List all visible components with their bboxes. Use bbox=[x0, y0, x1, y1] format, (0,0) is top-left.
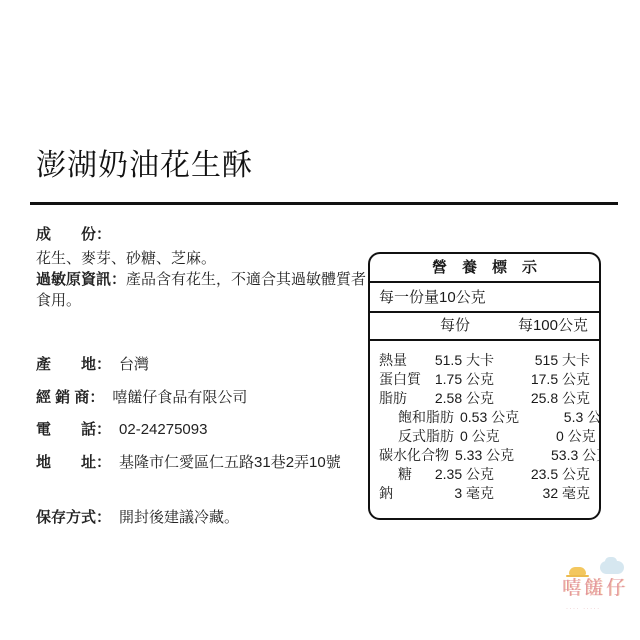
nutrition-row-saturated-fat: 飽和脂肪 0.53 公克 5.3 公克 bbox=[379, 408, 590, 427]
nutrient-per-100g: 0 公克 bbox=[506, 427, 596, 446]
nutrition-row-carbohydrate: 碳水化合物 5.33 公克 53.3 公克 bbox=[379, 446, 590, 465]
nutrient-per-100g: 53.3 公克 bbox=[520, 446, 601, 465]
field-phone: 電 話： 02-24275093 bbox=[36, 418, 396, 439]
nutrition-row-sodium: 鈉 3 毫克 32 毫克 bbox=[379, 484, 590, 503]
brand-logo-text: 嘻饈仔 bbox=[562, 573, 640, 600]
nutrient-name: 熱量 bbox=[379, 351, 407, 370]
nutrient-per-serving: 1.75 公克 bbox=[427, 370, 494, 389]
nutrition-title: 營 養 標 示 bbox=[370, 254, 599, 283]
nutrient-per-serving: 2.35 公克 bbox=[418, 465, 494, 484]
field-storage-label: 保存方式： bbox=[36, 506, 111, 527]
nutrient-per-serving: 0.53 公克 bbox=[460, 408, 519, 427]
nutrition-col2-header: 每100公克 bbox=[498, 313, 590, 339]
nutrition-rows: 熱量 51.5 大卡 515 大卡 蛋白質 1.75 公克 17.5 公克 脂肪… bbox=[370, 341, 599, 503]
nutrition-column-headers: 每份 每100公克 bbox=[370, 313, 599, 341]
nutrient-name: 糖 bbox=[379, 465, 412, 484]
nutrient-name: 碳水化合物 bbox=[379, 446, 449, 465]
field-distributor-value: 嘻饈仔食品有限公司 bbox=[112, 386, 247, 407]
field-address-label: 地 址： bbox=[36, 451, 111, 472]
field-phone-value: 02-24275093 bbox=[119, 421, 207, 438]
allergen-label: 過敏原資訊： bbox=[36, 271, 126, 288]
nutrient-per-serving: 3 毫克 bbox=[399, 484, 494, 503]
nutrient-name: 脂肪 bbox=[379, 389, 407, 408]
nutrient-per-100g: 515 大卡 bbox=[500, 351, 590, 370]
field-origin-value: 台灣 bbox=[119, 353, 149, 374]
ingredients-label: 成 份： bbox=[36, 224, 372, 245]
nutrition-row-trans-fat: 反式脂肪 0 公克 0 公克 bbox=[379, 427, 590, 446]
nutrient-name: 蛋白質 bbox=[379, 370, 421, 389]
field-distributor-label: 經 銷 商： bbox=[36, 386, 104, 407]
nutrition-serving-size: 每一份量10公克 bbox=[370, 283, 599, 313]
nutrition-facts-table: 營 養 標 示 每一份量10公克 每份 每100公克 熱量 51.5 大卡 51… bbox=[368, 252, 601, 520]
nutrient-per-serving: 0 公克 bbox=[460, 427, 500, 446]
nutrient-per-100g: 5.3 公克 bbox=[525, 408, 601, 427]
nutrient-per-serving: 5.33 公克 bbox=[455, 446, 514, 465]
nutrition-row-sugar: 糖 2.35 公克 23.5 公克 bbox=[379, 465, 590, 484]
nutrition-row-calories: 熱量 51.5 大卡 515 大卡 bbox=[379, 351, 590, 370]
field-storage-value: 開封後建議冷藏。 bbox=[119, 506, 239, 527]
nutrient-per-serving: 2.58 公克 bbox=[413, 389, 494, 408]
field-storage: 保存方式： 開封後建議冷藏。 bbox=[36, 506, 396, 527]
field-address: 地 址： 基隆市仁愛區仁五路31巷2弄10號 bbox=[36, 451, 396, 472]
ingredients-section: 成 份： 花生、麥芽、砂糖、芝麻。 過敏原資訊：產品含有花生，不適合其過敏體質者… bbox=[36, 224, 372, 311]
field-origin-label: 產 地： bbox=[36, 353, 111, 374]
field-phone-label: 電 話： bbox=[36, 418, 111, 439]
brand-tagline: ···· ····· bbox=[566, 606, 601, 612]
nutrient-name: 反式脂肪 bbox=[379, 427, 454, 446]
product-title: 澎湖奶油花生酥 bbox=[36, 140, 253, 184]
nutrient-name: 鈉 bbox=[379, 484, 393, 503]
field-origin: 產 地： 台灣 bbox=[36, 353, 396, 374]
nutrient-name: 飽和脂肪 bbox=[379, 408, 454, 427]
nutrient-per-100g: 25.8 公克 bbox=[500, 389, 590, 408]
nutrition-col1-header: 每份 bbox=[385, 313, 492, 339]
allergen-paragraph: 過敏原資訊：產品含有花生，不適合其過敏體質者食用。 bbox=[36, 269, 372, 311]
nutrient-per-100g: 32 毫克 bbox=[500, 484, 590, 503]
title-divider bbox=[30, 202, 618, 205]
product-info-section: 產 地： 台灣 經 銷 商： 嘻饈仔食品有限公司 電 話： 02-2427509… bbox=[36, 353, 396, 538]
nutrient-per-serving: 51.5 大卡 bbox=[413, 351, 494, 370]
brand-watermark: 嘻饈仔 ···· ····· bbox=[562, 560, 640, 622]
nutrient-per-100g: 17.5 公克 bbox=[500, 370, 590, 389]
nutrition-row-protein: 蛋白質 1.75 公克 17.5 公克 bbox=[379, 370, 590, 389]
field-distributor: 經 銷 商： 嘻饈仔食品有限公司 bbox=[36, 386, 396, 407]
ingredients-list: 花生、麥芽、砂糖、芝麻。 bbox=[36, 248, 372, 269]
nutrient-per-100g: 23.5 公克 bbox=[500, 465, 590, 484]
field-address-value: 基隆市仁愛區仁五路31巷2弄10號 bbox=[119, 451, 341, 472]
nutrition-row-fat: 脂肪 2.58 公克 25.8 公克 bbox=[379, 389, 590, 408]
product-label-page: 澎湖奶油花生酥 成 份： 花生、麥芽、砂糖、芝麻。 過敏原資訊：產品含有花生，不… bbox=[0, 0, 640, 640]
